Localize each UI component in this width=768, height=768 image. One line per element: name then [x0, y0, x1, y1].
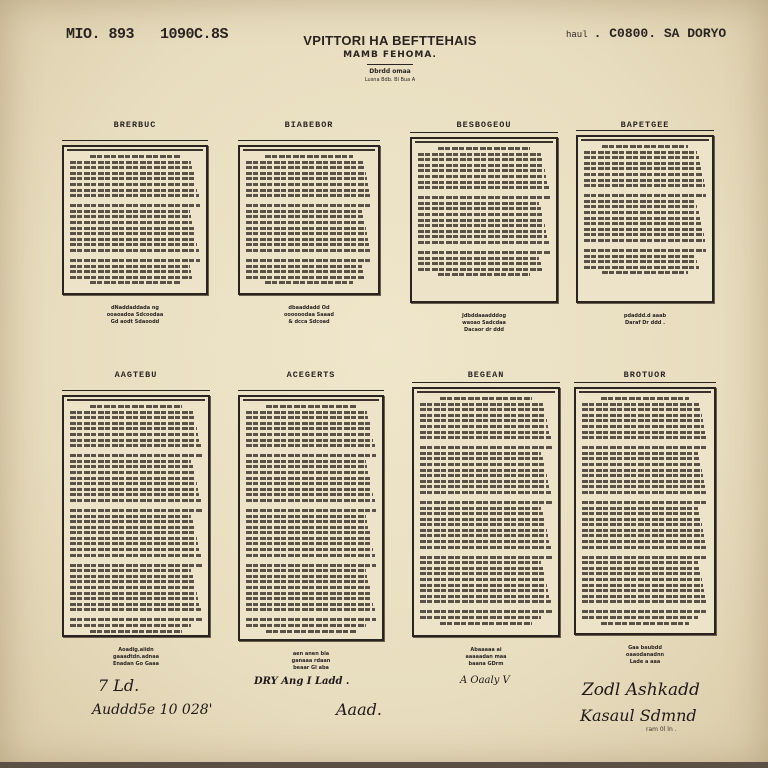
text-line	[70, 265, 190, 268]
text-line	[246, 592, 371, 595]
panel-text-box	[62, 395, 210, 637]
text-line	[420, 425, 548, 428]
text-line	[420, 457, 543, 460]
document-panel: BROTUORGaa baubddoaaodanadnnLade a aaa	[574, 370, 716, 666]
text-line	[418, 251, 550, 254]
caption-line: beaar Gl aba	[238, 665, 384, 672]
box-header-rule	[67, 399, 205, 401]
text-line	[246, 238, 368, 241]
text-line	[246, 422, 370, 425]
text-line	[70, 210, 190, 213]
text-line	[420, 529, 547, 532]
text-line	[438, 273, 530, 276]
title-line-3: Dbrdd omaa	[300, 68, 480, 75]
text-line	[246, 460, 366, 463]
text-line	[582, 584, 703, 587]
text-line	[70, 183, 196, 186]
text-line	[420, 446, 552, 449]
text-line	[265, 155, 353, 158]
text-line	[70, 215, 191, 218]
text-line	[246, 586, 370, 589]
caption-line: dNaddaddada ng	[62, 305, 208, 312]
panel-rule	[62, 140, 208, 141]
text-line	[582, 408, 700, 411]
text-line	[584, 167, 701, 170]
text-line	[246, 608, 375, 611]
text-line	[420, 512, 543, 515]
text-line	[420, 572, 544, 575]
caption-line: Lade a aaa	[574, 659, 716, 666]
caption-line: dbaaddadd Od	[238, 305, 380, 312]
text-line	[70, 189, 197, 192]
panel-caption: pdaddd.d aaabDaraf Dr ddd .	[576, 313, 714, 327]
text-line	[420, 518, 544, 521]
text-line	[70, 548, 199, 551]
text-line	[246, 531, 370, 534]
document-panel: AAGTEBUAoadig.aiidngaaadtdn.adnaaEnadan …	[62, 370, 210, 668]
text-line	[70, 618, 202, 621]
text-line	[70, 564, 202, 567]
panel-caption: Gaa baubddoaaodanadnnLade a aaa	[574, 645, 716, 666]
text-line	[584, 228, 702, 231]
text-line	[246, 493, 373, 496]
text-line	[70, 249, 199, 252]
text-line	[582, 507, 698, 510]
panel-title: BESBOGEOU	[410, 120, 558, 130]
panel-title: BEGEAN	[412, 370, 560, 380]
caption-line: ganaaa rdaan	[238, 658, 384, 665]
text-line	[420, 469, 545, 472]
text-line	[70, 460, 191, 463]
text-line	[70, 537, 197, 540]
text-line	[266, 405, 357, 408]
text-line	[582, 534, 704, 537]
text-line	[582, 446, 708, 449]
text-line	[70, 603, 199, 606]
text-line	[246, 520, 367, 523]
text-line	[584, 156, 699, 159]
text-line	[420, 610, 552, 613]
text-line	[246, 542, 372, 545]
text-line	[70, 482, 197, 485]
title-divider	[367, 64, 413, 65]
text-line	[584, 260, 697, 263]
text-line	[420, 600, 551, 603]
text-line	[582, 457, 699, 460]
reference-value: . C0800. SA DORYO	[594, 26, 727, 41]
text-line	[246, 499, 375, 502]
panel-text-box	[576, 135, 714, 303]
text-line	[584, 266, 699, 269]
text-line	[70, 592, 197, 595]
text-line	[418, 224, 545, 227]
text-line	[584, 211, 699, 214]
text-line	[70, 427, 197, 430]
text-line	[420, 501, 552, 504]
text-line	[90, 630, 182, 633]
signature-2: Auddd5e 10 028'	[92, 702, 213, 718]
text-line	[420, 414, 545, 417]
signature-7: Kasaul Sdmnd	[580, 706, 697, 725]
text-line	[584, 162, 700, 165]
text-line	[418, 262, 541, 265]
text-line	[582, 480, 704, 483]
text-line	[418, 181, 547, 184]
text-line	[246, 509, 376, 512]
text-line	[582, 610, 708, 613]
text-line	[90, 405, 182, 408]
text-line	[418, 241, 549, 244]
text-line	[70, 569, 191, 572]
text-line	[418, 169, 545, 172]
text-line	[246, 477, 370, 480]
text-line	[418, 213, 542, 216]
text-line	[582, 463, 700, 466]
title-block: VPITTORI HA BEFTTEHAIS MAMB FEHOMA. Dbrd…	[300, 33, 480, 83]
text-line	[70, 509, 202, 512]
panel-rule	[412, 382, 560, 383]
text-line	[440, 622, 532, 625]
text-line	[418, 235, 547, 238]
text-line	[70, 276, 192, 279]
text-line	[418, 175, 546, 178]
text-line	[584, 255, 696, 258]
panel-rule	[574, 382, 716, 383]
document-subtitle: MAMB FEHOMA.	[300, 50, 480, 60]
box-header-rule	[67, 149, 203, 151]
text-line	[70, 243, 197, 246]
text-line	[70, 471, 194, 474]
text-line	[70, 493, 199, 496]
text-line	[70, 444, 201, 447]
document-panel: BEGEANAbaaaaa aiaaaaadan maabaana GDrm	[412, 370, 560, 668]
panel-title: BIABEBOR	[238, 120, 380, 130]
text-line	[246, 439, 373, 442]
text-line	[420, 491, 551, 494]
panel-text-box	[238, 145, 380, 295]
text-line	[70, 259, 200, 262]
text-line	[584, 233, 704, 236]
text-line	[70, 554, 201, 557]
text-line	[584, 184, 705, 187]
panel-text-box	[410, 137, 558, 303]
text-line	[582, 578, 702, 581]
caption-line: Aoadig.aiidn	[62, 647, 210, 654]
text-line	[70, 172, 194, 175]
text-line	[420, 567, 543, 570]
box-header-rule	[415, 141, 553, 143]
box-header-rule	[581, 139, 709, 141]
text-line	[70, 488, 198, 491]
panel-title: BRERBUC	[62, 120, 208, 130]
caption-line: Abaaaaa ai	[412, 647, 560, 654]
panel-title: AAGTEBU	[62, 370, 210, 380]
text-line	[70, 454, 202, 457]
text-line	[582, 512, 699, 515]
text-line	[70, 238, 196, 241]
text-line	[582, 501, 708, 504]
text-line	[420, 452, 541, 455]
signature-5: A Oaaly V	[460, 675, 510, 686]
text-line	[582, 556, 708, 559]
caption-line: & dcca Sdcoad	[238, 319, 380, 326]
document-title: VPITTORI HA BEFTTEHAIS	[300, 33, 480, 48]
caption-line: aaaaadan maa	[412, 654, 560, 661]
signature-4: Aaad.	[336, 700, 382, 719]
caption-line: aen anen bia	[238, 651, 384, 658]
text-line	[601, 397, 689, 400]
text-line	[418, 196, 550, 199]
text-line	[584, 200, 696, 203]
text-line	[246, 265, 362, 268]
text-line	[246, 471, 368, 474]
text-line	[582, 425, 704, 428]
box-header-rule	[243, 149, 375, 151]
text-line	[584, 205, 697, 208]
text-line	[246, 537, 371, 540]
text-line	[90, 155, 181, 158]
panel-title: ACEGERTS	[238, 370, 384, 380]
text-line	[420, 589, 548, 592]
text-line	[70, 526, 194, 529]
signature-1: 7 Ld.	[98, 676, 139, 695]
text-line	[246, 488, 372, 491]
text-line	[582, 595, 705, 598]
text-line	[584, 222, 701, 225]
caption-line: Gd aodt Sdaoodd	[62, 319, 208, 326]
text-line	[70, 166, 192, 169]
text-line	[584, 239, 705, 242]
text-line	[246, 276, 364, 279]
text-line	[582, 452, 698, 455]
text-line	[420, 584, 547, 587]
text-line	[70, 608, 201, 611]
text-line	[70, 586, 195, 589]
text-line	[584, 249, 706, 252]
text-line	[246, 569, 366, 572]
text-line	[420, 431, 549, 434]
text-line	[420, 436, 551, 439]
text-line	[70, 499, 201, 502]
caption-line: oooooodaa Saaad	[238, 312, 380, 319]
text-line	[420, 485, 549, 488]
text-line	[420, 463, 544, 466]
caption-line: waoao Sadcdaa	[410, 320, 558, 327]
text-line	[70, 433, 198, 436]
panel-caption: Jdbddaaadddogwaoao SadcdaaDacaor dr ddd	[410, 313, 558, 334]
text-line	[582, 491, 707, 494]
text-line	[246, 194, 371, 197]
text-line	[420, 616, 541, 619]
document-panel: BAPETGEEpdaddd.d aaabDaraf Dr ddd .	[576, 120, 714, 327]
text-line	[246, 427, 371, 430]
text-line	[70, 422, 195, 425]
text-line	[266, 630, 357, 633]
text-line	[246, 454, 376, 457]
text-line	[582, 403, 699, 406]
text-line	[90, 281, 181, 284]
text-line	[70, 597, 198, 600]
text-line	[420, 474, 547, 477]
text-line	[420, 561, 541, 564]
text-line	[246, 597, 372, 600]
text-line	[70, 270, 191, 273]
text-line	[246, 177, 367, 180]
panel-caption: dbaaddadd Odoooooodaa Saaad& dcca Sdcoad	[238, 305, 380, 326]
text-line	[246, 259, 372, 262]
text-line	[246, 232, 367, 235]
text-line	[420, 408, 544, 411]
caption-line: ooaoadoa Sdcoodaa	[62, 312, 208, 319]
text-line	[418, 219, 543, 222]
text-line	[420, 480, 548, 483]
text-line	[420, 507, 541, 510]
text-line	[602, 145, 687, 148]
text-line	[246, 215, 363, 218]
text-line	[70, 542, 198, 545]
text-line	[246, 580, 368, 583]
text-line	[70, 416, 194, 419]
text-line	[420, 419, 547, 422]
text-line	[70, 194, 199, 197]
panel-title: BROTUOR	[574, 370, 716, 380]
text-line	[70, 531, 195, 534]
caption-line: pdaddd.d aaab	[576, 313, 714, 320]
text-line	[246, 411, 367, 414]
text-line	[246, 189, 369, 192]
text-line	[70, 221, 192, 224]
text-line	[420, 546, 551, 549]
caption-line: baana GDrm	[412, 661, 560, 668]
text-line	[246, 482, 371, 485]
document-number: 1090C.8S	[160, 26, 228, 43]
text-line	[418, 202, 539, 205]
text-line	[246, 166, 364, 169]
text-line	[246, 270, 363, 273]
text-line	[582, 469, 702, 472]
text-line	[440, 397, 532, 400]
panel-text-box	[412, 387, 560, 637]
text-line	[70, 624, 191, 627]
panel-text-box	[238, 395, 384, 641]
text-line	[246, 416, 368, 419]
panel-caption: Aoadig.aiidngaaadtdn.adnaaEnadan Go Gaaa	[62, 647, 210, 668]
text-line	[70, 204, 200, 207]
caption-line: Enadan Go Gaaa	[62, 661, 210, 668]
text-line	[246, 249, 371, 252]
panel-title: BAPETGEE	[576, 120, 714, 130]
text-line	[420, 556, 552, 559]
text-line	[420, 578, 545, 581]
text-line	[70, 439, 199, 442]
document-panel: BRERBUCdNaddaddada ngooaoadoa SdcoodaaGd…	[62, 120, 208, 326]
text-line	[582, 529, 703, 532]
text-line	[246, 433, 372, 436]
panel-caption: Abaaaaa aiaaaaadan maabaana GDrm	[412, 647, 560, 668]
caption-line: Jdbddaaadddog	[410, 313, 558, 320]
text-line	[582, 436, 707, 439]
text-line	[70, 520, 193, 523]
text-line	[265, 281, 353, 284]
text-line	[582, 419, 703, 422]
text-line	[246, 548, 373, 551]
text-line	[602, 271, 687, 274]
document-panel: BESBOGEOUJdbddaaadddogwaoao SadcdaaDacao…	[410, 120, 558, 334]
caption-line: Gaa baubdd	[574, 645, 716, 652]
text-line	[420, 403, 543, 406]
text-line	[418, 230, 546, 233]
text-line	[582, 518, 700, 521]
text-line	[246, 515, 366, 518]
box-header-rule	[417, 391, 555, 393]
text-line	[420, 534, 548, 537]
text-line	[418, 158, 542, 161]
stamp-text: ram 0l ln .	[646, 726, 677, 733]
text-line	[246, 603, 373, 606]
text-line	[70, 232, 195, 235]
panel-rule	[238, 140, 380, 141]
text-line	[246, 243, 369, 246]
text-line	[246, 221, 364, 224]
text-line	[582, 600, 707, 603]
text-line	[582, 485, 705, 488]
panel-rule	[576, 130, 714, 131]
text-line	[582, 546, 707, 549]
text-line	[584, 217, 700, 220]
text-line	[70, 227, 194, 230]
text-line	[420, 595, 549, 598]
text-line	[582, 474, 703, 477]
text-line	[582, 616, 698, 619]
text-line	[70, 411, 193, 414]
text-line	[70, 515, 191, 518]
text-line	[582, 589, 704, 592]
text-line	[418, 164, 543, 167]
text-line	[582, 572, 700, 575]
text-line	[418, 207, 541, 210]
text-line	[582, 431, 705, 434]
box-header-rule	[579, 391, 711, 393]
text-line	[418, 257, 539, 260]
reference-prefix: haul	[566, 30, 588, 40]
text-line	[246, 624, 366, 627]
text-line	[246, 554, 375, 557]
title-line-4: Lusna Bdb. Bl Bua A	[300, 77, 480, 83]
document-panel: BIABEBORdbaaddadd Odoooooodaa Saaad& dcc…	[238, 120, 380, 326]
caption-line: Dacaor dr ddd	[410, 327, 558, 334]
text-line	[246, 204, 372, 207]
caption-line: oaaodanadnn	[574, 652, 716, 659]
text-line	[246, 444, 375, 447]
text-line	[584, 151, 697, 154]
text-line	[601, 622, 689, 625]
caption-line: gaaadtdn.adnaa	[62, 654, 210, 661]
text-line	[420, 540, 549, 543]
box-header-rule	[243, 399, 379, 401]
text-line	[420, 523, 545, 526]
text-line	[246, 575, 367, 578]
document-panel: ACEGERTSaen anen biaganaaa rdaanbeaar Gl…	[238, 370, 384, 672]
panel-caption: aen anen biaganaaa rdaanbeaar Gl aba	[238, 651, 384, 672]
text-line	[246, 227, 366, 230]
text-line	[438, 147, 530, 150]
caption-line: Daraf Dr ddd .	[576, 320, 714, 327]
panel-text-box	[62, 145, 208, 295]
signature-3: DRY Ang I Ladd .	[254, 676, 349, 687]
text-line	[582, 414, 702, 417]
text-line	[418, 153, 541, 156]
text-line	[246, 526, 368, 529]
